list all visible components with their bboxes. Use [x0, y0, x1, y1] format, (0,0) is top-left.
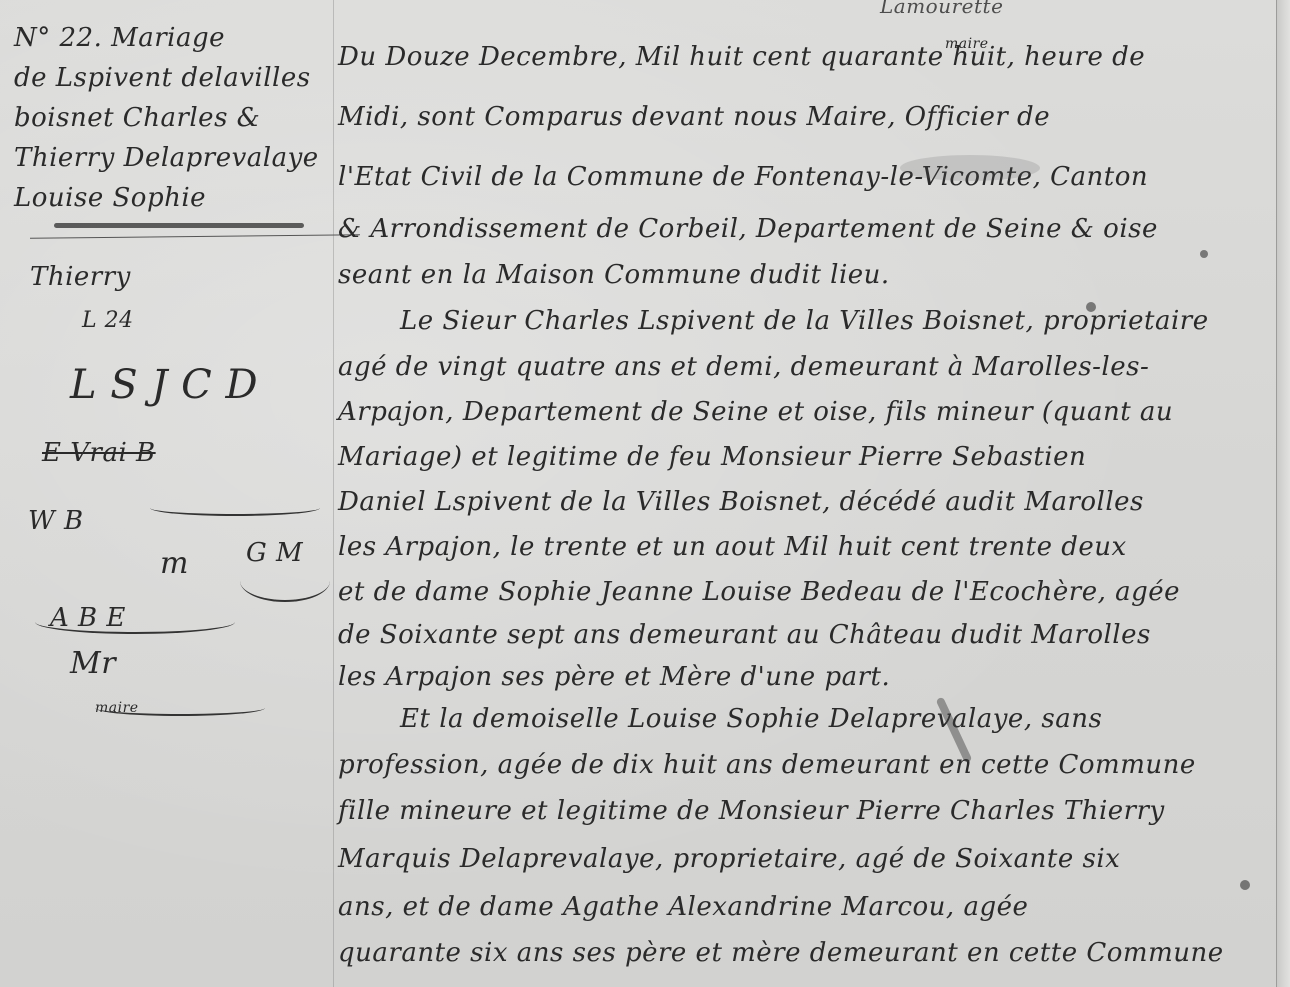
margin-horizontal-rule [30, 234, 360, 238]
margin-vertical-rule [333, 0, 334, 987]
ink-blot [1086, 302, 1096, 312]
signature-mr: Mr [70, 646, 116, 681]
body-line: de Soixante sept ans demeurant au Châtea… [338, 620, 1151, 650]
signature-flourish [95, 700, 265, 716]
margin-annotation-thierry: Thierry [30, 262, 131, 292]
body-line: profession, agée de dix huit ans demeura… [338, 750, 1196, 780]
margin-title-line: Louise Sophie [14, 178, 329, 218]
signature-w-b: W B [28, 506, 84, 536]
body-line: Daniel Lspivent de la Villes Boisnet, dé… [338, 487, 1144, 517]
register-page: Lamourette N° 22. Mariage de Lspivent de… [0, 0, 1290, 987]
body-line: Et la demoiselle Louise Sophie Delapreva… [400, 704, 1102, 734]
body-line: les Arpajon, le trente et un aout Mil hu… [338, 532, 1127, 562]
signature-flourish [35, 610, 235, 634]
margin-title-line: Thierry Delaprevalaye [14, 138, 329, 178]
ink-smudge [900, 155, 1040, 181]
page-right-edge [1276, 0, 1290, 987]
ink-blot [1200, 250, 1208, 258]
margin-title-line: de Lspivent delavilles [14, 58, 329, 98]
margin-record-title: N° 22. Mariage de Lspivent delavilles bo… [14, 18, 329, 218]
interlinear-insert: maire [945, 36, 989, 52]
body-line: Marquis Delaprevalaye, proprietaire, agé… [338, 844, 1120, 874]
margin-title-line: N° 22. Mariage [14, 18, 329, 58]
body-line: seant en la Maison Commune dudit lieu. [338, 260, 890, 290]
body-line: Arpajon, Departement de Seine et oise, f… [338, 397, 1173, 427]
body-line: agé de vingt quatre ans et demi, demeura… [338, 352, 1149, 382]
signature-flourish [240, 560, 330, 602]
body-line: fille mineure et legitime de Monsieur Pi… [338, 796, 1165, 826]
margin-struck-annotation: E Vrai B [42, 438, 156, 468]
body-line: et de dame Sophie Jeanne Louise Bedeau d… [338, 577, 1180, 607]
body-line: & Arrondissement de Corbeil, Departement… [338, 214, 1158, 244]
margin-monogram: L S J C D [70, 362, 258, 408]
signature-flourish [150, 500, 320, 516]
body-line: quarante six ans ses père et mère demeur… [338, 938, 1224, 968]
signature-m: m [160, 546, 189, 581]
margin-annotation-initials: L 24 [82, 308, 134, 333]
body-line: Mariage) et legitime de feu Monsieur Pie… [338, 442, 1086, 472]
body-line: Du Douze Decembre, Mil huit cent quarant… [338, 42, 1145, 72]
title-underline-stroke [54, 223, 304, 228]
ink-blot [1240, 880, 1250, 890]
body-line: les Arpajon ses père et Mère d'une part. [338, 662, 890, 692]
body-line: ans, et de dame Agathe Alexandrine Marco… [338, 892, 1028, 922]
margin-title-line: boisnet Charles & [14, 98, 329, 138]
body-line: Midi, sont Comparus devant nous Maire, O… [338, 102, 1050, 132]
previous-entry-fragment: Lamourette [880, 0, 1003, 18]
